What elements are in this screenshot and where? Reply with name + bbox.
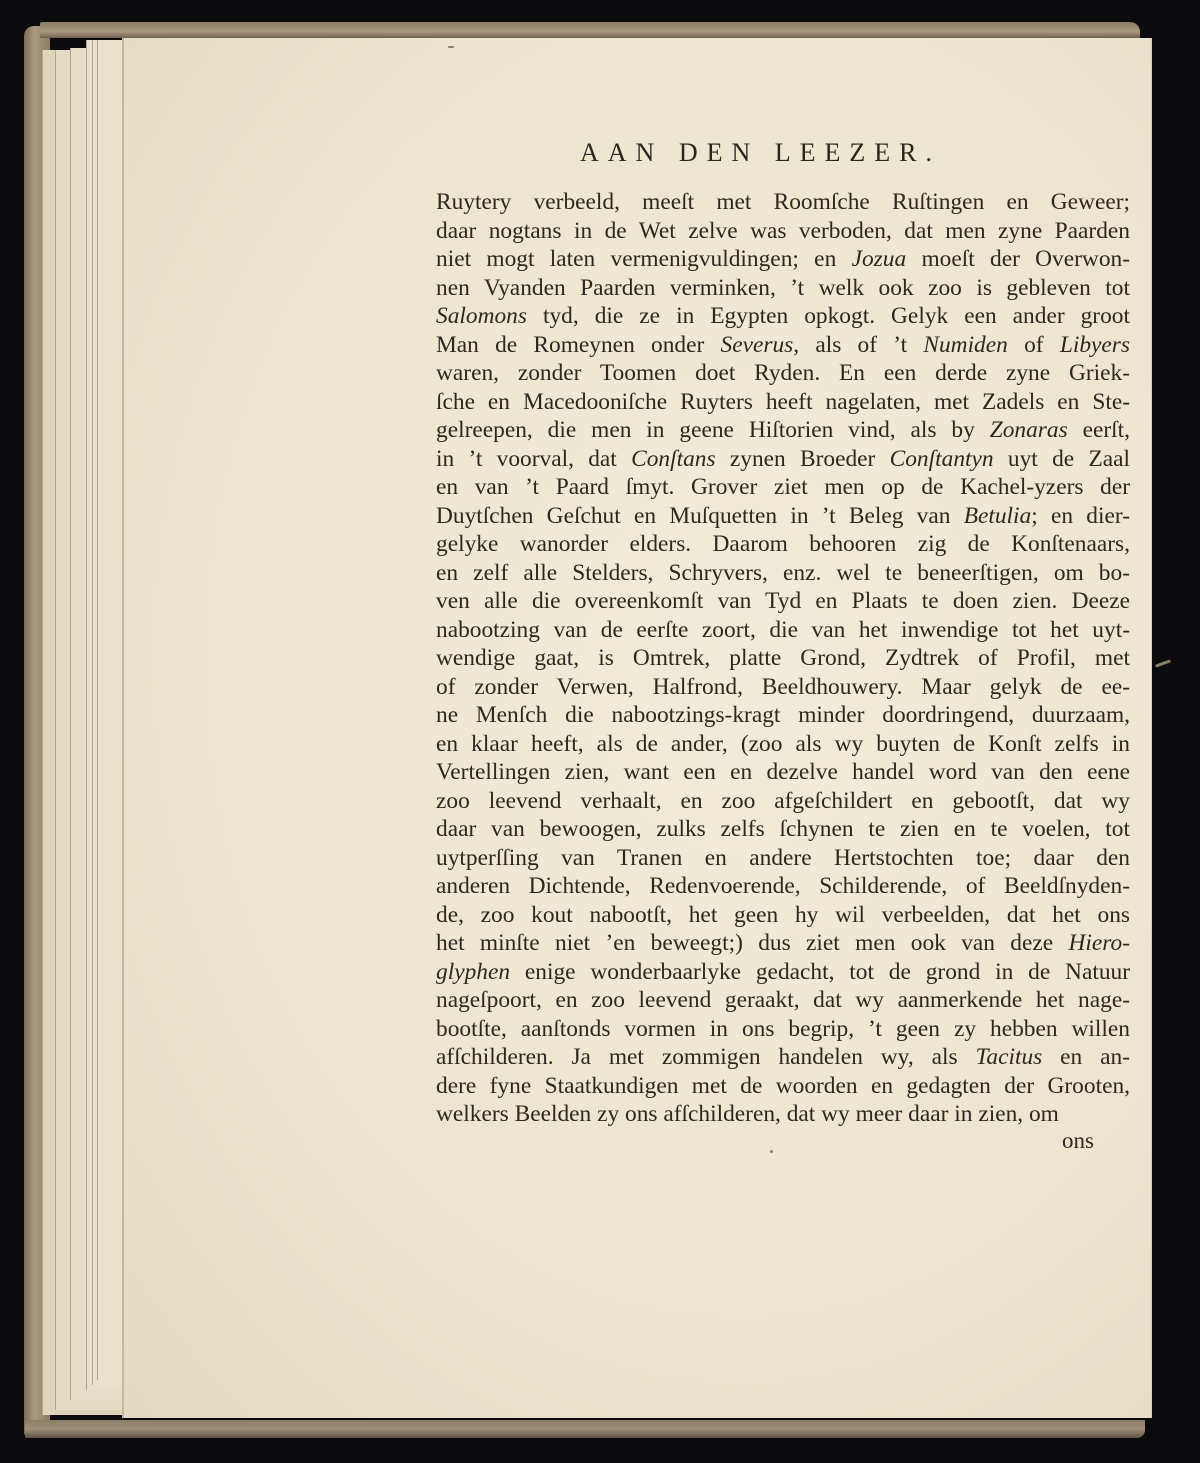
text-line: glyphen enige wonderbaarlyke gedacht, to… — [436, 958, 1130, 987]
text-line: Duytſchen Geſchut en Muſquetten in ’t Be… — [436, 502, 1130, 531]
text-line: afſchilderen. Ja met zommigen handelen w… — [436, 1043, 1130, 1072]
italic-name: Numiden — [923, 332, 1007, 358]
book-board-top — [40, 22, 1140, 38]
text-run: bootſte, aanſtonds vormen in ons begrip,… — [436, 1016, 1130, 1042]
text-run: welkers Beelden zy ons afſchilderen, dat… — [436, 1101, 1059, 1127]
text-run: en van ’t Paard ſmyt. Grover ziet men op… — [436, 474, 1130, 500]
text-run: Vertellingen zien, want een en dezelve h… — [436, 759, 1130, 785]
text-line: Ruytery verbeeld, meeſt met Roomſche Ruſ… — [436, 188, 1130, 217]
text-line: of zonder Verwen, Halfrond, Beeldhouwery… — [436, 673, 1130, 702]
text-run: eerſt, — [1068, 417, 1130, 443]
text-line: nabootzing van de eerſte zoort, die van … — [436, 616, 1130, 645]
text-run: gelreepen, die men in geene Hiſtorien vi… — [436, 417, 990, 443]
text-line: ne Menſch die nabootzings-kragt minder d… — [436, 701, 1130, 730]
italic-name: Severus — [721, 332, 794, 358]
text-run: ven alle die overeenkomſt van Tyd en Pla… — [436, 588, 1130, 614]
text-run: in ’t voorval, dat — [436, 446, 631, 472]
text-line: daar van bewoogen, zulks zelfs ſchynen t… — [436, 815, 1130, 844]
text-run: gelyke wanorder elders. Daarom behooren … — [436, 531, 1130, 557]
text-run: uytperſſing van Tranen en andere Hertsto… — [436, 845, 1130, 871]
text-line: uytperſſing van Tranen en andere Hertsto… — [436, 844, 1130, 873]
text-run: Duytſchen Geſchut en Muſquetten in ’t Be… — [436, 503, 964, 529]
text-run: nen Vyanden Paarden verminken, ’t welk o… — [436, 275, 1130, 301]
text-run: nabootzing van de eerſte zoort, die van … — [436, 617, 1130, 643]
text-line: daar nogtans in de Wet zelve was verbode… — [436, 217, 1130, 246]
text-run: zoo leevend verhaalt, en zoo afgeſchilde… — [436, 788, 1130, 814]
book-board-bottom — [25, 1420, 1145, 1438]
text-run: het minſte niet ’en beweegt;) dus ziet m… — [436, 930, 1069, 956]
text-run: moeſt der Overwon- — [906, 246, 1130, 272]
text-run: , als of ’t — [793, 332, 923, 358]
italic-name: Conſtantyn — [890, 446, 994, 472]
text-run: enige wonderbaarlyke gedacht, tot de gro… — [510, 959, 1130, 985]
text-line: en klaar heeft, als de ander, (zoo als w… — [436, 730, 1130, 759]
text-line: nen Vyanden Paarden verminken, ’t welk o… — [436, 274, 1130, 303]
text-line: waren, zonder Toomen doet Ryden. En een … — [436, 359, 1130, 388]
text-line: gelyke wanorder elders. Daarom behooren … — [436, 530, 1130, 559]
text-run: ne Menſch die nabootzings-kragt minder d… — [436, 702, 1130, 728]
text-line: Vertellingen zien, want een en dezelve h… — [436, 758, 1130, 787]
text-line: nageſpoort, en zoo leevend geraakt, dat … — [436, 986, 1130, 1015]
text-run: daar van bewoogen, zulks zelfs ſchynen t… — [436, 816, 1130, 842]
body-text: Ruytery verbeeld, meeſt met Roomſche Ruſ… — [436, 188, 1130, 1129]
text-line: bootſte, aanſtonds vormen in ons begrip,… — [436, 1015, 1130, 1044]
text-line: ven alle die overeenkomſt van Tyd en Pla… — [436, 587, 1130, 616]
text-run: dere fyne Staatkundigen met de woorden e… — [436, 1073, 1130, 1099]
text-run: ſche en Macedooniſche Ruyters heeft nage… — [436, 389, 1130, 415]
text-line: Man de Romeynen onder Severus, als of ’t… — [436, 331, 1130, 360]
text-line: gelreepen, die men in geene Hiſtorien vi… — [436, 416, 1130, 445]
text-line: wendige gaat, is Omtrek, platte Grond, Z… — [436, 644, 1130, 673]
text-line: in ’t voorval, dat Conſtans zynen Broede… — [436, 445, 1130, 474]
text-run: afſchilderen. Ja met zommigen handelen w… — [436, 1044, 976, 1070]
text-run: tyd, die ze in Egypten opkogt. Gelyk een… — [527, 303, 1130, 329]
text-run: of zonder Verwen, Halfrond, Beeldhouwery… — [436, 674, 1130, 700]
italic-name: glyphen — [436, 959, 510, 985]
text-run: Ruytery verbeeld, meeſt met Roomſche Ruſ… — [436, 189, 1130, 215]
italic-name: Jozua — [852, 246, 907, 272]
italic-name: Salomons — [436, 303, 527, 329]
text-run: en an- — [1042, 1044, 1130, 1070]
text-run: nageſpoort, en zoo leevend geraakt, dat … — [436, 987, 1130, 1013]
ink-speck — [770, 1150, 773, 1153]
catchword: ons — [1062, 1128, 1094, 1154]
text-run: anderen Dichtende, Redenvoerende, Schild… — [436, 873, 1130, 899]
text-line: het minſte niet ’en beweegt;) dus ziet m… — [436, 929, 1130, 958]
text-line: dere fyne Staatkundigen met de woorden e… — [436, 1072, 1130, 1101]
running-head: AAN DEN LEEZER. — [580, 138, 941, 168]
text-line: de, zoo kout nabootſt, het geen hy wil v… — [436, 901, 1130, 930]
text-run: zynen Broeder — [716, 446, 890, 472]
text-line: en van ’t Paard ſmyt. Grover ziet men op… — [436, 473, 1130, 502]
text-line: ſche en Macedooniſche Ruyters heeft nage… — [436, 388, 1130, 417]
text-line: anderen Dichtende, Redenvoerende, Schild… — [436, 872, 1130, 901]
italic-name: Tacitus — [976, 1044, 1043, 1070]
text-run: niet mogt laten vermenigvuldingen; en — [436, 246, 852, 272]
text-run: Man de Romeynen onder — [436, 332, 721, 358]
italic-name: Betulia — [964, 503, 1032, 529]
italic-name: Zonaras — [990, 417, 1068, 443]
text-line: welkers Beelden zy ons afſchilderen, dat… — [436, 1100, 1130, 1129]
text-run: en klaar heeft, als de ander, (zoo als w… — [436, 731, 1130, 757]
text-run: of — [1008, 332, 1060, 358]
text-run: uyt de Zaal — [994, 446, 1130, 472]
text-line: zoo leevend verhaalt, en zoo afgeſchilde… — [436, 787, 1130, 816]
text-run: ; en dier- — [1031, 503, 1130, 529]
italic-name: Hiero- — [1069, 930, 1131, 956]
text-run: waren, zonder Toomen doet Ryden. En een … — [436, 360, 1130, 386]
italic-name: Conſtans — [631, 446, 715, 472]
text-line: niet mogt laten vermenigvuldingen; en Jo… — [436, 245, 1130, 274]
ink-speck — [1155, 659, 1171, 667]
text-run: de, zoo kout nabootſt, het geen hy wil v… — [436, 902, 1130, 928]
ink-speck — [448, 46, 454, 48]
text-line: Salomons tyd, die ze in Egypten opkogt. … — [436, 302, 1130, 331]
italic-name: Libyers — [1060, 332, 1130, 358]
text-run: wendige gaat, is Omtrek, platte Grond, Z… — [436, 645, 1130, 671]
text-run: daar nogtans in de Wet zelve was verbode… — [436, 218, 1130, 244]
text-run: en zelf alle Stelders, Schryvers, enz. w… — [436, 560, 1130, 586]
text-line: en zelf alle Stelders, Schryvers, enz. w… — [436, 559, 1130, 588]
